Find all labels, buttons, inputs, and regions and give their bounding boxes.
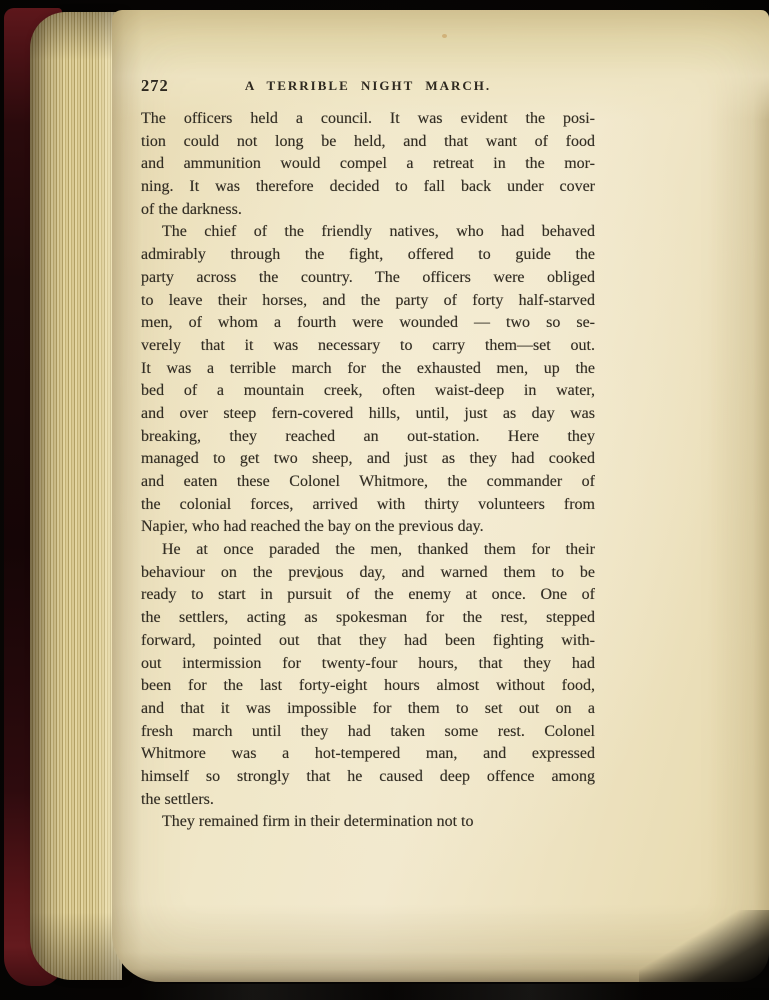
- paper-speck: [442, 34, 447, 38]
- text-line: bed of a mountain creek, often waist-dee…: [141, 380, 595, 403]
- running-header: 272 A TERRIBLE NIGHT MARCH.: [141, 76, 595, 98]
- text-line: admirably through the fight, offered to …: [141, 244, 595, 267]
- text-line: forward, pointed out that they had been …: [141, 630, 595, 653]
- text-line: the colonial forces, arrived with thirty…: [141, 494, 595, 517]
- text-line: men, of whom a fourth were wounded — two…: [141, 312, 595, 335]
- text-line: party across the country. The officers w…: [141, 267, 595, 290]
- text-line: He at once paraded the men, thanked them…: [141, 539, 595, 562]
- text-line: Napier, who had reached the bay on the p…: [141, 516, 595, 539]
- text-line: verely that it was necessary to carry th…: [141, 335, 595, 358]
- text-line: tion could not long be held, and that wa…: [141, 131, 595, 154]
- text-line: been for the last forty-eight hours almo…: [141, 675, 595, 698]
- text-line: and ammunition would compel a retreat in…: [141, 153, 595, 176]
- book-photo: 272 A TERRIBLE NIGHT MARCH. The officers…: [0, 0, 769, 1000]
- text-line: out intermission for twenty-four hours, …: [141, 653, 595, 676]
- running-title: A TERRIBLE NIGHT MARCH.: [141, 78, 595, 94]
- text-line: managed to get two sheep, and just as th…: [141, 448, 595, 471]
- text-line: the settlers, acting as spokesman for th…: [141, 607, 595, 630]
- text-line: ready to start in pursuit of the enemy a…: [141, 584, 595, 607]
- bottom-right-shadow: [639, 910, 769, 988]
- text-line: ning. It was therefore decided to fall b…: [141, 176, 595, 199]
- text-line: It was a terrible march for the exhauste…: [141, 358, 595, 381]
- text-line: Whitmore was a hot-tempered man, and exp…: [141, 743, 595, 766]
- text-line: and over steep fern-covered hills, until…: [141, 403, 595, 426]
- paragraph: They remained firm in their determinatio…: [141, 811, 595, 834]
- text-line: and that it was impossible for them to s…: [141, 698, 595, 721]
- text-line: They remained firm in their determinatio…: [141, 811, 595, 834]
- page-edge-stack: [30, 12, 122, 980]
- text-line: and eaten these Colonel Whitmore, the co…: [141, 471, 595, 494]
- paragraph: The chief of the friendly natives, who h…: [141, 221, 595, 539]
- paragraph: The officers held a council. It was evid…: [141, 108, 595, 221]
- text-line: himself so strongly that he caused deep …: [141, 766, 595, 789]
- text-block: The officers held a council. It was evid…: [141, 108, 595, 834]
- text-line: breaking, they reached an out-station. H…: [141, 426, 595, 449]
- text-line: fresh march until they had taken some re…: [141, 721, 595, 744]
- text-line: of the darkness.: [141, 199, 595, 222]
- text-line: behaviour on the previous day, and warne…: [141, 562, 595, 585]
- paragraph: He at once paraded the men, thanked them…: [141, 539, 595, 811]
- text-line: the settlers.: [141, 789, 595, 812]
- text-line: The chief of the friendly natives, who h…: [141, 221, 595, 244]
- text-line: The officers held a council. It was evid…: [141, 108, 595, 131]
- text-line: to leave their horses, and the party of …: [141, 290, 595, 313]
